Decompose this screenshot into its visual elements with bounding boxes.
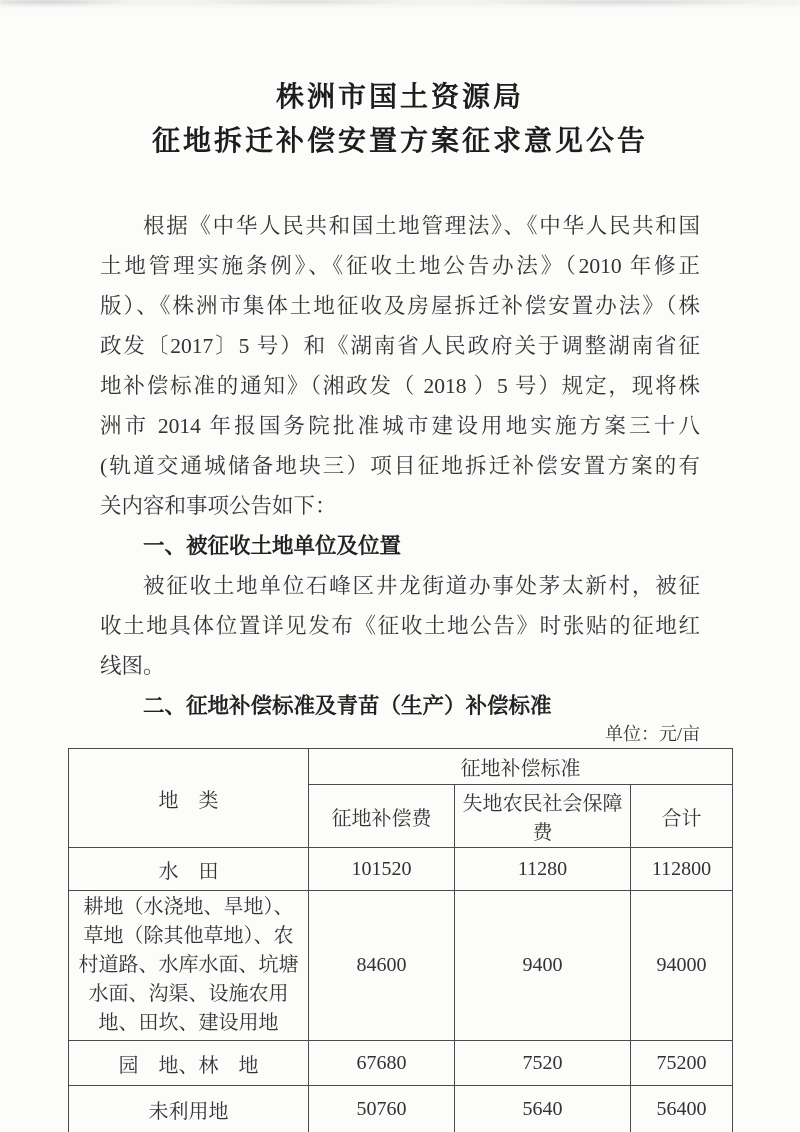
doc-title-line1: 株洲市国土资源局 (0, 76, 800, 120)
compensation-table: 地 类 征地补偿标准 征地补偿费 失地农民社会保障费 合计 水 田 101520… (68, 748, 733, 1132)
header-social-security-fee: 失地农民社会保障费 (455, 785, 631, 848)
table-row-garden-forest-land: 园 地、林 地 67680 7520 75200 (69, 1041, 733, 1086)
document-page: 株洲市国土资源局 征地拆迁补偿安置方案征求意见公告 根据《中华人民共和国土地管理… (0, 0, 800, 1132)
text-line: 被征收土地单位石峰区井龙街道办事处茅太新村，被征 (100, 566, 700, 606)
header-land-type: 地 类 (69, 749, 309, 848)
text-line: 土地管理实施条例》、《征收土地公告办法》（2010 年修正 (100, 246, 700, 286)
table-row-cultivated-land: 耕地（水浇地、旱地）、草地（除其他草地）、农村道路、水库水面、坑塘水面、沟渠、设… (69, 891, 733, 1041)
text-line: 线图。 (100, 646, 700, 686)
section1-paragraph: 被征收土地单位石峰区井龙街道办事处茅太新村，被征收土地具体位置详见发布《征收土地… (100, 566, 700, 686)
text-line: (轨道交通城储备地块三）项目征地拆迁补偿安置方案的有 (100, 446, 700, 486)
text-line: 政发〔2017〕5 号）和《湖南省人民政府关于调整湖南省征 (100, 326, 700, 366)
text-line: 根据《中华人民共和国土地管理法》、《中华人民共和国 (100, 206, 700, 246)
section1-heading: 一、被征收土地单位及位置 (100, 526, 700, 566)
cell-security: 7520 (455, 1041, 631, 1086)
cell-fee: 67680 (309, 1041, 455, 1086)
cell-security: 9400 (455, 891, 631, 1041)
cell-total: 94000 (631, 891, 733, 1041)
cell-fee: 84600 (309, 891, 455, 1041)
cell-land-type: 耕地（水浇地、旱地）、草地（除其他草地）、农村道路、水库水面、坑塘水面、沟渠、设… (69, 891, 309, 1041)
cell-land-type: 园 地、林 地 (69, 1041, 309, 1086)
table-row-paddy-field: 水 田 101520 11280 112800 (69, 848, 733, 891)
table-unit-label: 单位：元/亩 (0, 723, 700, 745)
cell-total: 112800 (631, 848, 733, 891)
header-total: 合计 (631, 785, 733, 848)
header-land-compensation-fee: 征地补偿费 (309, 785, 455, 848)
text-line: 版）、《株洲市集体土地征收及房屋拆迁补偿安置办法》（株 (100, 286, 700, 326)
doc-title-line2: 征地拆迁补偿安置方案征求意见公告 (0, 120, 800, 164)
cell-land-type: 未利用地 (69, 1086, 309, 1132)
cell-fee: 50760 (309, 1086, 455, 1132)
cell-total: 56400 (631, 1086, 733, 1132)
table-row-unused-land: 未利用地 50760 5640 56400 (69, 1086, 733, 1132)
text-line: 收土地具体位置详见发布《征收土地公告》时张贴的征地红 (100, 606, 700, 646)
scan-artifact-top (0, 0, 800, 16)
cell-security: 5640 (455, 1086, 631, 1132)
text-line: 地补偿标准的通知》（湘政发（ 2018 ）5 号）规定，现将株 (100, 366, 700, 406)
intro-paragraph: 根据《中华人民共和国土地管理法》、《中华人民共和国土地管理实施条例》、《征收土地… (100, 206, 700, 526)
text-line: 洲市 2014 年报国务院批准城市建设用地实施方案三十八 (100, 406, 700, 446)
cell-fee: 101520 (309, 848, 455, 891)
cell-land-type: 水 田 (69, 848, 309, 891)
text-line: 关内容和事项公告如下： (100, 486, 700, 526)
table-header-row-group: 地 类 征地补偿标准 (69, 749, 733, 785)
header-compensation-standard-group: 征地补偿标准 (309, 749, 733, 785)
cell-security: 11280 (455, 848, 631, 891)
section2-heading: 二、征地补偿标准及青苗（生产）补偿标准 (100, 686, 700, 726)
cell-total: 75200 (631, 1041, 733, 1086)
